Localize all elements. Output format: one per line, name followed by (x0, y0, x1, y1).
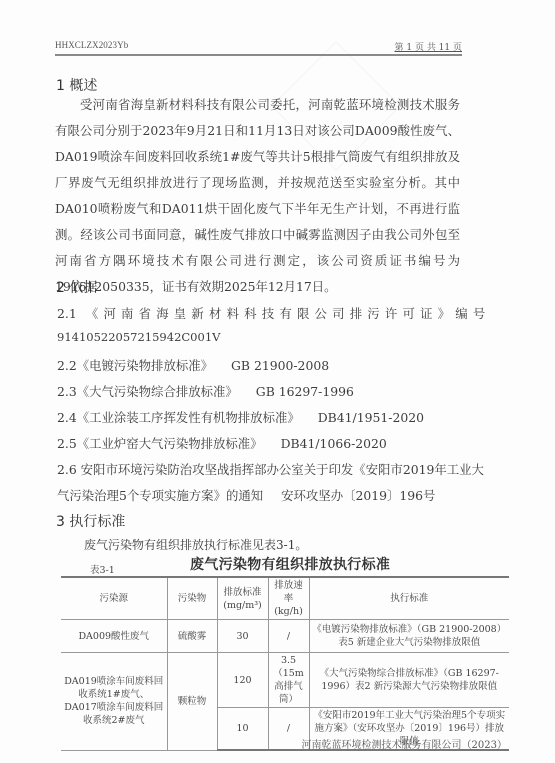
col-header-standard: 执行标准 (309, 577, 509, 620)
section-3-heading: 3 执行标准 (56, 511, 125, 531)
basis-item-2-2: 2.2《电镀污染物排放标准》GB 21900-2008 (57, 356, 329, 374)
table-row: DA019喷涂车间废料回收系统1#废气、DA017喷涂车间废料回收系统2#废气 … (61, 653, 509, 708)
section-3-intro: 废气污染物有组织排放执行标准见表3-1。 (84, 536, 307, 553)
section-2-heading: 2 依据 (56, 277, 97, 297)
col-header-rate: 排放速率(kg/h) (268, 577, 309, 620)
basis-item-2-1: 2.1 《河南省海皇新材料科技有限公司排污许可证》编号 (57, 304, 490, 322)
doc-code: HHXCLZX2023Yb (55, 40, 128, 50)
emission-standard-table: 污染源 污染物 排放标准(mg/m³) 排放速率(kg/h) 执行标准 DA00… (61, 576, 509, 751)
page-footer: 河南乾蓝环境检测技术服务有限公司（2023） (302, 736, 507, 751)
table-title: 废气污染物有组织排放执行标准 (190, 554, 390, 574)
col-header-source: 污染源 (61, 577, 167, 620)
header-divider (55, 54, 462, 56)
basis-item-2-6: 2.6 安阳市环境污染防治攻坚战指挥部办公室关于印发《安阳市2019年工业大 (57, 460, 484, 478)
table-number: 表3-1 (90, 562, 115, 576)
table-header-row: 污染源 污染物 排放标准(mg/m³) 排放速率(kg/h) 执行标准 (61, 577, 509, 620)
basis-item-2-5: 2.5《工业炉窑大气污染物排放标准》DB41/1066-2020 (57, 434, 387, 452)
col-header-pollutant: 污染物 (167, 577, 217, 620)
table-row: DA009酸性废气 硫酸雾 30 / 《电镀污染物排放标准》（GB 21900-… (61, 620, 509, 653)
basis-item-2-4: 2.4《工业涂装工序挥发性有机物排放标准》DB41/1951-2020 (57, 408, 424, 426)
basis-item-2-3: 2.3《大气污染物综合排放标准》GB 16297-1996 (57, 382, 354, 400)
col-header-limit: 排放标准(mg/m³) (217, 577, 268, 620)
section-1-paragraph: 受河南省海皇新材料科技有限公司委托，河南乾蓝环境检测技术服务有限公司分别于202… (55, 92, 460, 300)
document-page: HHXCLZX2023Yb 第 1 页 共 11 页 1 概述 受河南省海皇新材… (0, 0, 555, 763)
basis-item-2-6-cont: 气污染治理5个专项实施方案》的通知安环攻坚办〔2019〕196号 (57, 486, 435, 504)
basis-item-2-1-code: 91410522057215942C001V (57, 330, 220, 344)
page-info: 第 1 页 共 11 页 (395, 40, 462, 53)
